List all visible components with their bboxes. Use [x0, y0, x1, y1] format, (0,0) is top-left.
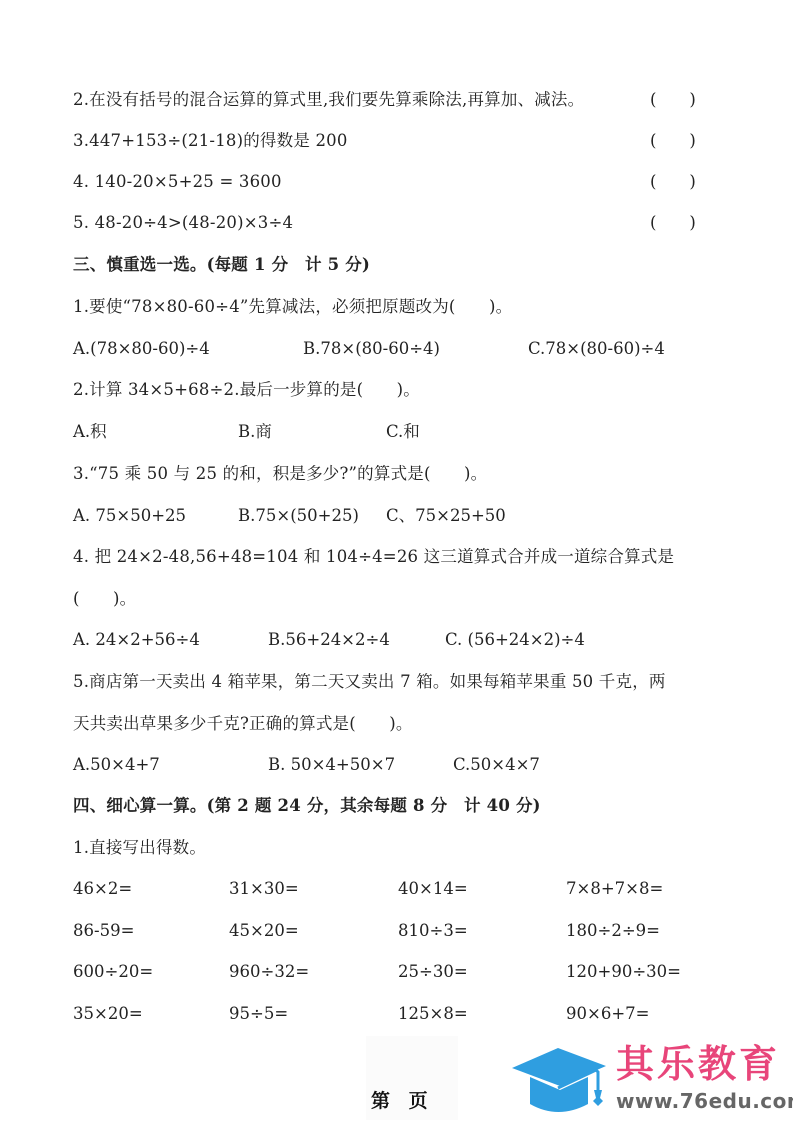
choice-5-option-a[interactable]: A.50×4+7: [73, 754, 160, 776]
watermark-logo: 其乐教育 www.76edu.com: [510, 1040, 790, 1120]
choice-4-option-c[interactable]: C. (56+24×2)÷4: [445, 629, 585, 651]
calc-item: 46×2=: [73, 878, 132, 900]
choice-2-option-a[interactable]: A.积: [73, 421, 107, 443]
judge-item-5: 5. 48-20÷4>(48-20)×3÷4: [73, 212, 293, 234]
calc-item: 31×30=: [229, 878, 299, 900]
choice-2-option-c[interactable]: C.和: [386, 421, 420, 443]
choice-question-5-cont: 天共卖出草果多少千克?正确的算式是( )。: [73, 713, 413, 735]
calc-item: 125×8=: [398, 1003, 468, 1025]
choice-2-option-b[interactable]: B.商: [238, 421, 272, 443]
calc-item: 960÷32=: [229, 961, 309, 983]
judge-answer-blank-4[interactable]: ( ): [650, 171, 696, 193]
choice-5-option-c[interactable]: C.50×4×7: [453, 754, 540, 776]
choice-question-4-blank[interactable]: ( )。: [73, 588, 136, 610]
choice-1-option-c[interactable]: C.78×(80-60)÷4: [528, 338, 665, 360]
choice-5-option-b[interactable]: B. 50×4+50×7: [268, 754, 395, 776]
judge-answer-blank-3[interactable]: ( ): [650, 130, 696, 152]
calc-item: 25÷30=: [398, 961, 468, 983]
judge-item-2: 2.在没有括号的混合运算的算式里,我们要先算乘除法,再算加、减法。: [73, 89, 584, 111]
choice-4-option-b[interactable]: B.56+24×2÷4: [268, 629, 390, 651]
choice-question-2: 2.计算 34×5+68÷2.最后一步算的是( )。: [73, 379, 420, 401]
choice-question-3: 3.“75 乘 50 与 25 的和，积是多少?”的算式是( )。: [73, 463, 487, 485]
section-heading-choice: 三、慎重选一选。(每题 1 分 计 5 分): [73, 254, 370, 276]
calc-item: 7×8+7×8=: [566, 878, 663, 900]
graduation-cap-icon: [510, 1044, 610, 1118]
choice-1-option-a[interactable]: A.(78×80-60)÷4: [73, 338, 210, 360]
choice-3-option-b[interactable]: B.75×(50+25): [238, 505, 359, 527]
choice-4-option-a[interactable]: A. 24×2+56÷4: [73, 629, 200, 651]
choice-question-5: 5.商店第一天卖出 4 箱苹果，第二天又卖出 7 箱。如果每箱苹果重 50 千克…: [73, 671, 666, 693]
calc-item: 120+90÷30=: [566, 961, 681, 983]
choice-3-option-a[interactable]: A. 75×50+25: [73, 505, 186, 527]
judge-item-3: 3.447+153÷(21-18)的得数是 200: [73, 130, 348, 152]
calc-sub1-title: 1.直接写出得数。: [73, 837, 206, 859]
section-heading-calc: 四、细心算一算。(第 2 题 24 分，其余每题 8 分 计 40 分): [73, 795, 541, 817]
choice-3-option-c[interactable]: C、75×25+50: [386, 505, 506, 527]
watermark-title: 其乐教育: [616, 1042, 780, 1086]
watermark-url: www.76edu.com: [616, 1089, 793, 1113]
choice-1-option-b[interactable]: B.78×(80-60÷4): [303, 338, 440, 360]
calc-item: 810÷3=: [398, 920, 468, 942]
choice-question-4: 4. 把 24×2-48,56+48=104 和 104÷4=26 这三道算式合…: [73, 546, 674, 568]
calc-item: 95÷5=: [229, 1003, 288, 1025]
judge-item-4: 4. 140-20×5+25 = 3600: [73, 171, 282, 193]
calc-item: 86-59=: [73, 920, 134, 942]
page-number-label: 第 页: [371, 1086, 434, 1113]
calc-item: 40×14=: [398, 878, 468, 900]
judge-answer-blank-2[interactable]: ( ): [650, 89, 696, 111]
calc-item: 600÷20=: [73, 961, 153, 983]
calc-item: 90×6+7=: [566, 1003, 649, 1025]
calc-item: 180÷2÷9=: [566, 920, 660, 942]
calc-item: 35×20=: [73, 1003, 143, 1025]
calc-item: 45×20=: [229, 920, 299, 942]
choice-question-1: 1.要使“78×80-60÷4”先算减法，必须把原题改为( )。: [73, 296, 512, 318]
judge-answer-blank-5[interactable]: ( ): [650, 212, 696, 234]
